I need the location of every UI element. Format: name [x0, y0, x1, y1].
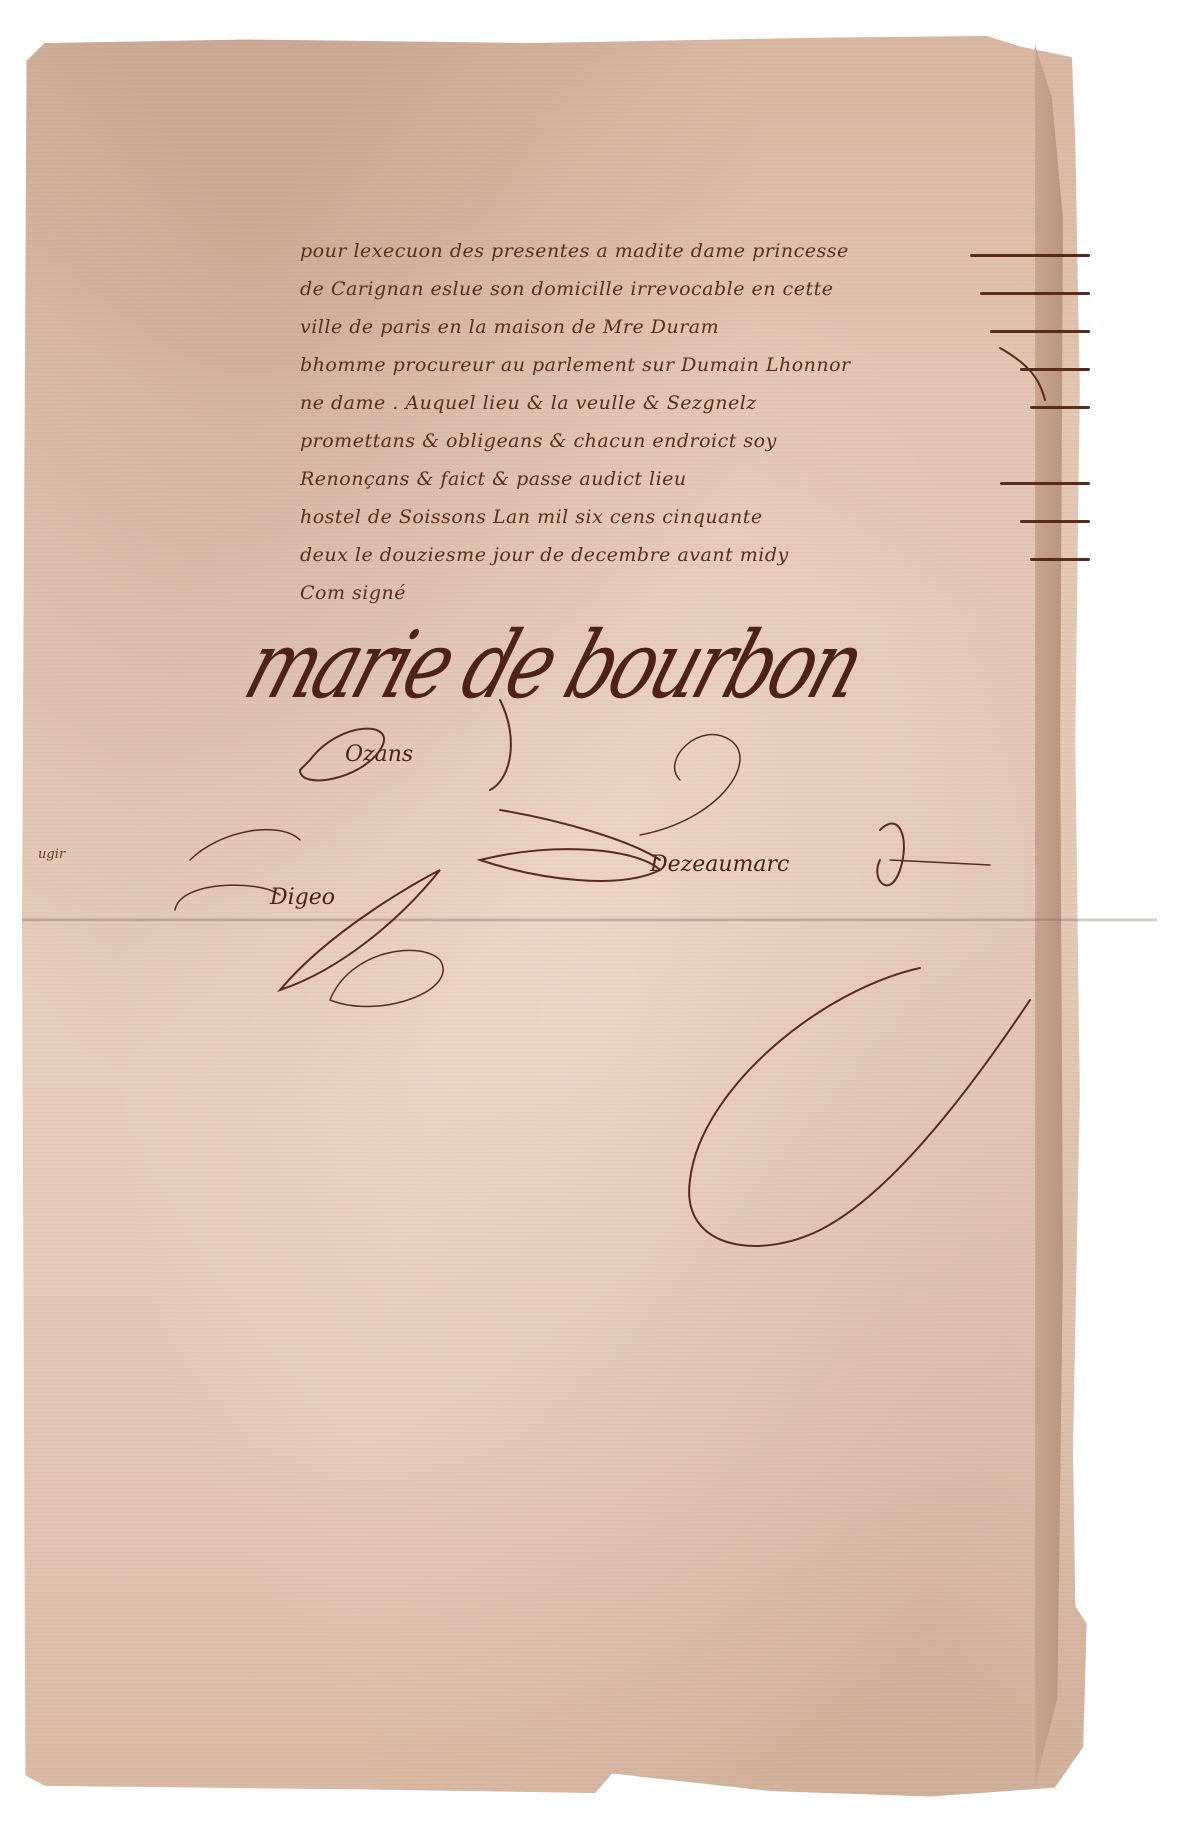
- text-line: hostel de Soissons Lan mil six cens cinq…: [300, 506, 1090, 544]
- text-line-content: ne dame . Auquel lieu & la veulle & Sezg…: [300, 392, 757, 414]
- text-line: Renonçans & faict & passe audict lieu: [300, 468, 1090, 506]
- text-line-content: Com signé: [300, 582, 406, 604]
- signature-notary-left: Ozans: [345, 742, 413, 767]
- signature-marie-de-bourbon: marie de bourbon: [233, 612, 874, 720]
- text-line-content: deux le douziesme jour de decembre avant…: [300, 544, 789, 566]
- text-line: bhomme procureur au parlement sur Dumain…: [300, 354, 1090, 392]
- text-line-content: promettans & obligeans & chacun endroict…: [300, 430, 777, 452]
- line-filler-stroke: [990, 330, 1090, 333]
- text-line-content: hostel de Soissons Lan mil six cens cinq…: [300, 506, 763, 528]
- text-line: ne dame . Auquel lieu & la veulle & Sezg…: [300, 392, 1090, 430]
- text-line-content: pour lexecuon des presentes a madite dam…: [300, 240, 849, 262]
- text-line-content: ville de paris en la maison de Mre Duram: [300, 316, 719, 338]
- line-filler-stroke: [1030, 558, 1090, 561]
- text-line-content: bhomme procureur au parlement sur Dumain…: [300, 354, 851, 376]
- margin-note: ugir: [38, 847, 65, 862]
- text-line: ville de paris en la maison de Mre Duram: [300, 316, 1090, 354]
- line-filler-stroke: [1000, 482, 1090, 485]
- text-line: promettans & obligeans & chacun endroict…: [300, 430, 1090, 468]
- text-line-content: de Carignan eslue son domicille irrevoca…: [300, 278, 833, 300]
- text-line: deux le douziesme jour de decembre avant…: [300, 544, 1090, 582]
- text-line: pour lexecuon des presentes a madite dam…: [300, 240, 1090, 278]
- line-filler-stroke: [980, 292, 1090, 295]
- signature-notary-right: Dezeaumarc: [650, 852, 789, 877]
- line-filler-stroke: [1020, 520, 1090, 523]
- line-filler-stroke: [1020, 368, 1090, 371]
- deed-body-text: pour lexecuon des presentes a madite dam…: [300, 240, 1090, 620]
- line-filler-stroke: [1030, 406, 1090, 409]
- text-line: de Carignan eslue son domicille irrevoca…: [300, 278, 1090, 316]
- fold-crease: [22, 918, 1157, 922]
- signature-notary-lower-left: Digeo: [270, 885, 335, 910]
- line-filler-stroke: [970, 254, 1090, 257]
- text-line-content: Renonçans & faict & passe audict lieu: [300, 468, 687, 490]
